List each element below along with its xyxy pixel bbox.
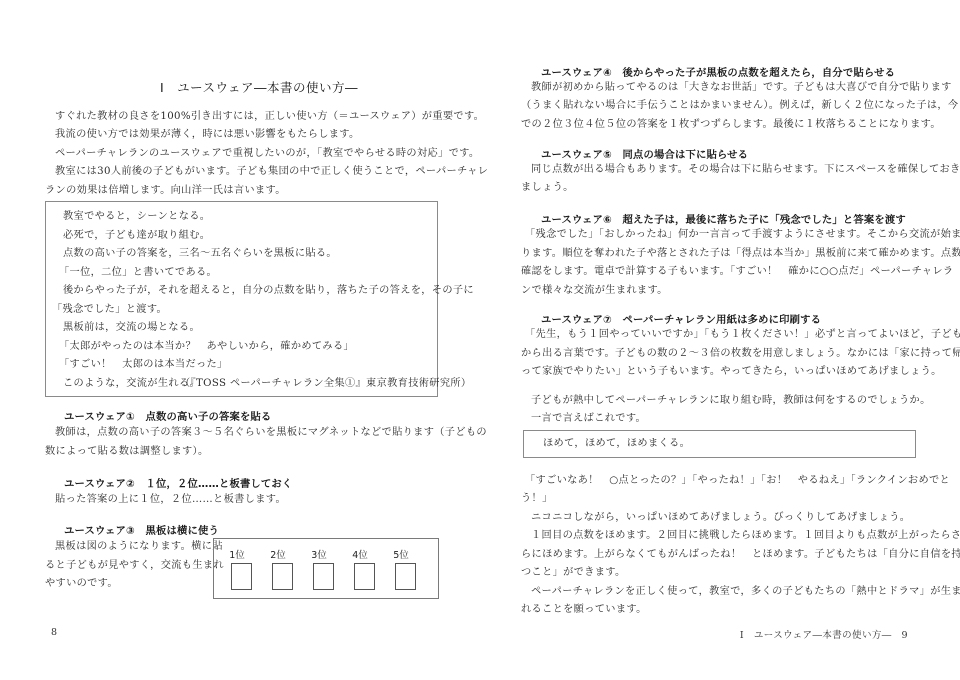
body-line: 一言で言えばこれです。 — [531, 412, 646, 426]
body-line: 確認をします。電卓で計算する子もいます。「すごい！ 確かに○○点だ」ペーパーチャ… — [521, 265, 953, 279]
intro-line: 教室には30人前後の子どもがいます。子ども集団の中で正しく使うことで，ペーパーチ… — [55, 165, 488, 179]
rank-label: 1位 — [222, 547, 252, 561]
intro-line: ランの効果は倍増します。向山洋一氏は言います。 — [45, 184, 286, 198]
body-line: 「すごいなあ！ ○点とったの？」「やったね！」「お！ やるねえ」「ランクインおめ… — [525, 474, 950, 488]
body-line: 貼った答案の上に１位，２位……と板書します。 — [55, 493, 286, 507]
answer-slot — [313, 563, 334, 590]
body-line: 子どもが熱中してペーパーチャレランに取り組む時，教師は何をするのでしょうか。 — [531, 394, 931, 408]
body-line: （うまく貼れない場合に手伝うことはかまいません）。例えば，新しく２位になった子は… — [521, 99, 960, 113]
body-line: う！」 — [521, 492, 553, 506]
body-line: 黒板は図のようになります。横に貼 — [55, 540, 223, 554]
answer-slot — [395, 563, 416, 590]
section-heading: ユースウェア⑥ 超えた子は，最後に落ちた子に「残念でした」と答案を渡す — [541, 211, 906, 226]
intro-line: すぐれた教材の良さを100%引き出すには，正しい使い方（＝ユースウェア）が重要で… — [55, 110, 484, 124]
body-line: れることを願っています。 — [521, 603, 647, 617]
rank-label: 2位 — [263, 547, 293, 561]
body-line: 数によって貼る数は調整します）。 — [45, 445, 209, 459]
body-line: ペーパーチャレランを正しく使って，教室で，多くの子どもたちの「熱中とドラマ」が生… — [531, 585, 960, 599]
body-line: らにほめます。上がらなくてもがんばったね！ とほめます。子どもたちは「自分に自信… — [521, 548, 960, 562]
blackboard-diagram: 1位 2位 3位 4位 5位 — [213, 538, 439, 599]
quote-line: 必死で，子ども達が取り組む。 — [63, 229, 210, 243]
body-line: 「先生，もう１回やっていいですか」「もう１枚ください！」必ずと言ってよいほど，子… — [525, 328, 960, 342]
body-line: ります。順位を奪われた子や落とされた子は「得点は本当か」黒板前に来て確かめます。… — [521, 247, 960, 261]
body-line: 教師は，点数の高い子の答案３～５名ぐらいを黒板にマグネットなどで貼ります（子ども… — [55, 426, 487, 440]
quote-line: 教室でやると，シーンとなる。 — [63, 210, 210, 224]
body-line: ましょう。 — [521, 181, 574, 195]
section-heading: ユースウェア② １位，２位……と板書しておく — [64, 475, 292, 490]
rank-label: 4位 — [345, 547, 375, 561]
callout-text: ほめて，ほめて，ほめまくる。 — [543, 437, 690, 451]
body-line: ニコニコしながら，いっぱいほめてあげましょう。びっくりしてあげましょう。 — [531, 511, 910, 525]
page-number: 8 — [51, 627, 57, 638]
answer-slot — [231, 563, 252, 590]
answer-slot — [354, 563, 375, 590]
answer-slot — [272, 563, 293, 590]
section-heading: ユースウェア⑦ ペーパーチャレラン用紙は多めに印刷する — [541, 311, 821, 326]
quote-line: 点数の高い子の答案を，三名～五名ぐらいを黒板に貼る。 — [63, 247, 337, 261]
rank-label: 5位 — [386, 547, 416, 561]
quote-line: 「一位，二位」と書いてである。 — [59, 266, 217, 280]
body-line: から出る言葉です。子どもの数の２～３倍の枚数を用意しましょう。なかには「家に持っ… — [521, 347, 960, 361]
rank-label: 3位 — [304, 547, 334, 561]
body-line: での２位３位４位５位の答案を１枚ずつずらします。最後に１枚落ちることになります。 — [521, 118, 941, 132]
chapter-title: Ⅰ ユースウェア―本書の使い方― — [160, 78, 358, 96]
body-line: つこと」ができます。 — [521, 566, 626, 580]
quote-line: 「残念でした」と渡す。 — [52, 303, 167, 317]
quote-line: 「すごい！ 太郎のは本当だった」 — [59, 358, 228, 372]
quote-source: （『TOSS ペーパーチャレラン全集①』東京教育技術研究所） — [180, 377, 471, 391]
intro-line: 我流の使い方では効果が薄く，時には悪い影響をもたらします。 — [55, 128, 360, 142]
body-line: 「残念でした」「おしかったね」何か一言言って手渡すようにさせます。そこから交流が… — [525, 228, 960, 242]
section-heading: ユースウェア③ 黒板は横に使う — [64, 522, 219, 537]
right-page: ユースウェア④ 後からやった子が黒板の点数を超えたら，自分で貼らせる 教師が初め… — [480, 0, 960, 680]
intro-line: ペーパーチャレランのユースウェアで重視したいのが，「教室でやらせる時の対応」です… — [55, 147, 479, 161]
section-heading: ユースウェア④ 後からやった子が黒板の点数を超えたら，自分で貼らせる — [541, 64, 895, 79]
quote-line: 黒板前は，交流の場となる。 — [63, 321, 200, 335]
section-heading: ユースウェア⑤ 同点の場合は下に貼らせる — [541, 146, 748, 161]
body-line: って家族でやりたい」という子もいます。やってきたら，いっぱいほめてあげましょう。 — [521, 365, 942, 379]
body-line: やすいのです。 — [45, 577, 118, 591]
body-line: ンで様々な交流が生まれます。 — [521, 284, 668, 298]
body-line: １回目の点数をほめます。２回目に挑戦したらほめます。１回目よりも点数が上がったら… — [531, 529, 960, 543]
body-line: 同じ点数が出る場合もあります。その場合は下に貼らせます。下にスペースを確保してお… — [531, 163, 960, 177]
quote-line: 後からやった子が，それを超えると，自分の点数を貼り，落ちた子の答えを，その子に — [63, 284, 474, 298]
body-line: ると子どもが見やすく，交流も生まれ — [45, 559, 224, 573]
quote-line: 「太郎がやったのは本当か？ あやしいから，確かめてみる」 — [59, 340, 354, 354]
section-heading: ユースウェア① 点数の高い子の答案を貼る — [64, 408, 271, 423]
running-footer: Ⅰ ユースウェア―本書の使い方― 9 — [740, 627, 908, 641]
left-page: Ⅰ ユースウェア―本書の使い方― すぐれた教材の良さを100%引き出すには，正し… — [0, 0, 480, 680]
body-line: 教師が初めから貼ってやるのは「大きなお世話」です。子どもは大喜びで自分で貼ります — [531, 81, 952, 95]
